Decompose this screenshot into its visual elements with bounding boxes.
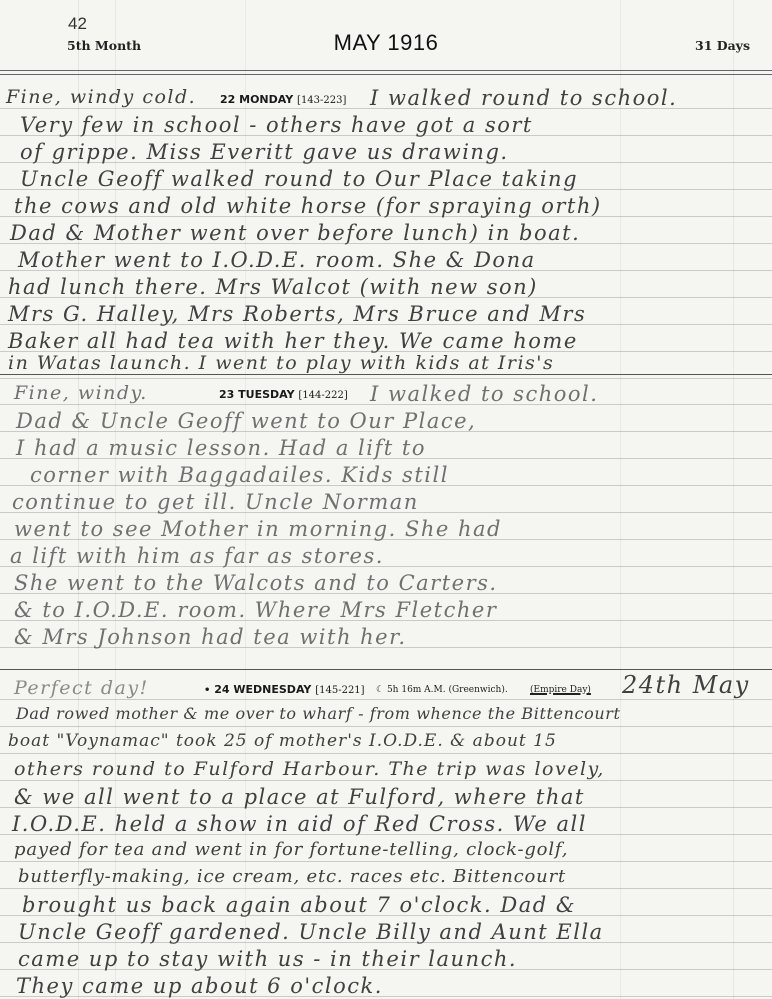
- ruled-line: [0, 914, 772, 943]
- entry-divider: [0, 669, 772, 670]
- ruled-line: [0, 215, 772, 244]
- ruled-line: [0, 161, 772, 190]
- ruled-line: [0, 296, 772, 325]
- ruled-line: [0, 269, 772, 298]
- ruled-line: [0, 752, 772, 781]
- ruled-line: [0, 779, 772, 808]
- ruled-line: [0, 376, 772, 405]
- ruled-line: [0, 833, 772, 862]
- ruled-line: [0, 350, 772, 379]
- diary-page: 42 5th Month MAY 1916 31 Days Fine, wind…: [0, 0, 772, 999]
- ruled-line: [0, 698, 772, 727]
- ruled-line: [0, 107, 772, 136]
- ruled-line: [0, 457, 772, 486]
- ruled-line: [0, 565, 772, 594]
- ruled-line: [0, 887, 772, 916]
- ruled-line: [0, 592, 772, 621]
- ruled-line: [0, 323, 772, 352]
- ruled-line: [0, 134, 772, 163]
- ruled-line: [0, 403, 772, 432]
- ruled-line: [0, 725, 772, 754]
- ruled-line: [0, 242, 772, 271]
- ruled-line: [0, 941, 772, 970]
- page-title: MAY 1916: [0, 30, 772, 56]
- header-divider: [0, 70, 772, 75]
- days-count: 31 Days: [695, 38, 750, 53]
- ruled-line: [0, 484, 772, 513]
- ruled-line: [0, 430, 772, 459]
- ruled-line: [0, 860, 772, 889]
- ruled-line: [0, 188, 772, 217]
- ruled-line: [0, 806, 772, 835]
- ruled-line: [0, 80, 772, 109]
- page-header: 42 5th Month MAY 1916 31 Days: [0, 0, 772, 72]
- ruled-line: [0, 968, 772, 997]
- ruled-line: [0, 511, 772, 540]
- ruled-line: [0, 671, 772, 700]
- ruled-line: [0, 538, 772, 567]
- ruled-line: [0, 619, 772, 648]
